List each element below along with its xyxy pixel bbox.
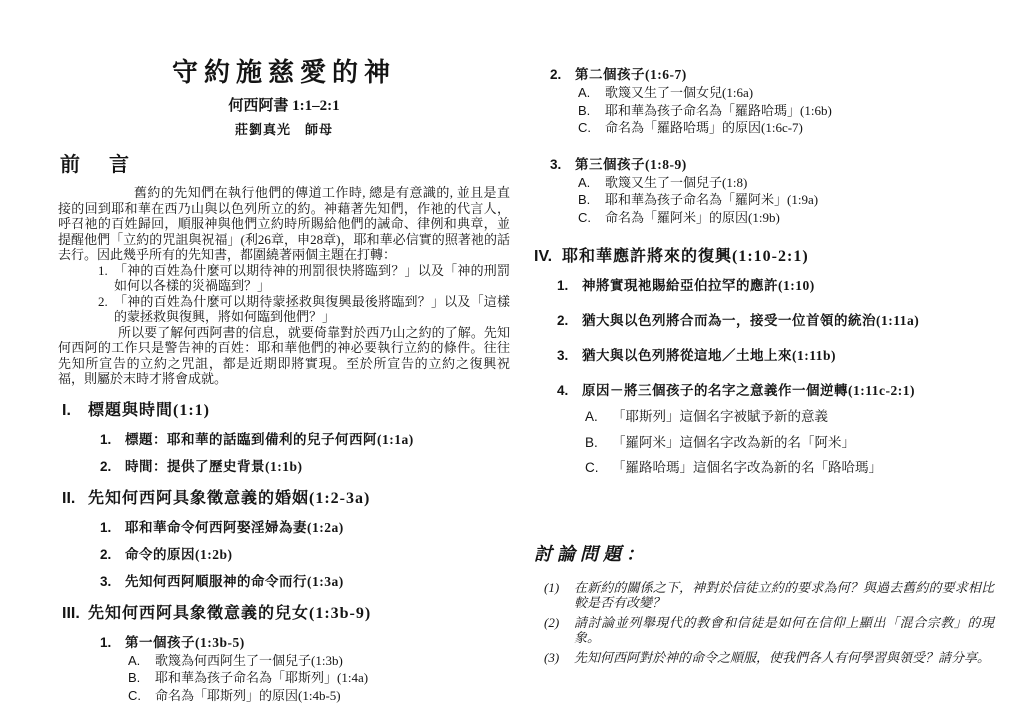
item-number: 4. [557, 382, 582, 399]
outline-section-3: III. 先知何西阿具象徵意義的兒女(1:3b-9) 1. 第一個孩子(1:3b… [58, 604, 510, 704]
author-name: 莊劉真光 師母 [58, 119, 510, 138]
discussion-question: (1) 在新約的關係之下，神對於信徒立約的要求為何？與過去舊約的要求相比較是否有… [544, 580, 994, 611]
question-text: 在新約的關係之下，神對於信徒立約的要求為何？與過去舊約的要求相比較是否有改變？ [574, 580, 994, 611]
outline-item: 1. 標題：耶和華的話臨到備利的兒子何西阿(1:1a) [100, 431, 510, 448]
question-number: (2) [544, 615, 574, 646]
subitem-letter: B. [128, 670, 155, 686]
preface-paragraph-2: 所以要了解何西阿書的信息，就要倚靠對於西乃山之約的了解。先知何西阿的工作只是警告… [58, 325, 510, 387]
subitem-text: 「耶斯列」這個名字被賦予新的意義 [612, 409, 828, 425]
discussion-question: (2) 請討論並列舉現代的教會和信徒是如何在信仰上顯出「混合宗教」的現象。 [544, 615, 994, 646]
item-number: 2. [557, 312, 582, 329]
subitem-text: 歌篾又生了一個女兒(1:6a) [605, 85, 753, 101]
preface-paragraph-1: 舊約的先知們在執行他們的傳道工作時, 總是有意識的, 並且是直接的回到耶和華在西… [58, 185, 510, 263]
subitem-letter: A. [128, 653, 155, 669]
outline-item: 3. 第三個孩子(1:8-9) [550, 156, 994, 173]
subitem-letter: A. [578, 175, 605, 191]
section-number: II. [62, 489, 88, 509]
outline-item: 1. 第一個孩子(1:3b-5) [100, 634, 510, 651]
section-heading: IV. 耶和華應許將來的復興(1:10-2:1) [534, 247, 994, 267]
item-text: 猶大與以色列將合而為一，接受一位首領的統治(1:11a) [582, 312, 919, 329]
subitem-letter: B. [578, 103, 605, 119]
section-number: I. [62, 401, 88, 421]
outline-section-4: IV. 耶和華應許將來的復興(1:10-2:1) 1. 神將實現祂賜給亞伯拉罕的… [534, 247, 994, 476]
outline-item: 2. 猶大與以色列將合而為一，接受一位首領的統治(1:11a) [557, 312, 994, 329]
subitem-letter: C. [578, 120, 605, 136]
item-text: 第三個孩子(1:8-9) [575, 156, 687, 173]
outline-subitem: C. 命名為「羅阿米」的原因(1:9b) [578, 210, 994, 226]
item-number: 3. [100, 573, 125, 590]
page-title: 守約施慈愛的神 [58, 52, 510, 89]
preface-section: 前 言 舊約的先知們在執行他們的傳道工作時, 總是有意識的, 並且是直接的回到耶… [58, 148, 510, 387]
outline-item: 3. 先知何西阿順服神的命令而行(1:3a) [100, 573, 510, 590]
right-column: 2. 第二個孩子(1:6-7) A. 歌篾又生了一個女兒(1:6a) B. 耶和… [534, 60, 994, 665]
outline-subitem: A. 歌篾又生了一個女兒(1:6a) [578, 85, 994, 101]
outline-subitem: B. 耶和華為孩子命名為「羅路哈瑪」(1:6b) [578, 103, 994, 119]
section-heading: I. 標題與時間(1:1) [62, 401, 510, 421]
outline-item: 4. 原因－將三個孩子的名字之意義作一個逆轉(1:11c-2:1) [557, 382, 994, 399]
subitem-letter: A. [578, 85, 605, 101]
subitem-letter: C. [585, 460, 612, 476]
item-text: 時間：提供了歷史背景(1:1b) [125, 458, 303, 475]
subitem-text: 命名為「羅阿米」的原因(1:9b) [605, 210, 780, 226]
item-text: 第一個孩子(1:3b-5) [125, 634, 245, 651]
subitem-letter: B. [585, 435, 612, 451]
outline-subitem: B. 耶和華為孩子命名為「羅阿米」(1:9a) [578, 192, 994, 208]
preface-point-1: 1. 「神的百姓為什麼可以期待神的刑罰很快將臨到？」以及「神的刑罰如何以各樣的災… [98, 263, 510, 294]
outline-item: 2. 命令的原因(1:2b) [100, 546, 510, 563]
discussion-question: (3) 先知何西阿對於神的命令之順服，使我們各人有何學習與領受？請分享。 [544, 650, 994, 666]
discussion-section: 討論問題： (1) 在新約的關係之下，神對於信徒立約的要求為何？與過去舊約的要求… [534, 540, 994, 666]
item-text: 命令的原因(1:2b) [125, 546, 233, 563]
item-text: 第二個孩子(1:6-7) [575, 66, 687, 83]
outline-subitem: C. 命名為「羅路哈瑪」的原因(1:6c-7) [578, 120, 994, 136]
outline-item: 2. 時間：提供了歷史背景(1:1b) [100, 458, 510, 475]
item-text: 原因－將三個孩子的名字之意義作一個逆轉(1:11c-2:1) [582, 382, 915, 399]
outline-subitem: C. 命名為「耶斯列」的原因(1:4b-5) [128, 688, 510, 704]
outline-subitem: A. 歌篾又生了一個兒子(1:8) [578, 175, 994, 191]
section-number: IV. [534, 247, 562, 267]
item-number: 3. [557, 347, 582, 364]
item-text: 猶大與以色列將從這地／土地上來(1:11b) [582, 347, 836, 364]
subitem-letter: C. [128, 688, 155, 704]
section-title: 耶和華應許將來的復興(1:10-2:1) [562, 247, 809, 267]
outline-subitem: A. 「耶斯列」這個名字被賦予新的意義 [585, 409, 994, 425]
item-number: 1. [100, 519, 125, 536]
subitem-letter: A. [585, 409, 612, 425]
section-title: 先知何西阿具象徵意義的兒女(1:3b-9) [88, 604, 371, 624]
question-text: 請討論並列舉現代的教會和信徒是如何在信仰上顯出「混合宗教」的現象。 [574, 615, 994, 646]
subitem-text: 歌篾又生了一個兒子(1:8) [605, 175, 747, 191]
left-column: 守約施慈愛的神 何西阿書 1:1–2:1 莊劉真光 師母 前 言 舊約的先知們在… [58, 52, 510, 703]
section-title: 先知何西阿具象徵意義的婚姻(1:2-3a) [88, 489, 370, 509]
subitem-text: 命名為「羅路哈瑪」的原因(1:6c-7) [605, 120, 803, 136]
item-number: 2. [100, 458, 125, 475]
subitem-text: 命名為「耶斯列」的原因(1:4b-5) [155, 688, 341, 704]
document-header: 守約施慈愛的神 何西阿書 1:1–2:1 莊劉真光 師母 [58, 52, 510, 138]
item-text: 先知何西阿順服神的命令而行(1:3a) [125, 573, 344, 590]
point-number: 2. [98, 294, 114, 325]
outline-section-1: I. 標題與時間(1:1) 1. 標題：耶和華的話臨到備利的兒子何西阿(1:1a… [58, 401, 510, 475]
section-title: 標題與時間(1:1) [88, 401, 210, 421]
item-text: 耶和華命令何西阿娶淫婦為妻(1:2a) [125, 519, 344, 536]
discussion-heading: 討論問題： [534, 540, 994, 566]
subitem-letter: C. [578, 210, 605, 226]
outline-subitem: A. 歌篾為何西阿生了一個兒子(1:3b) [128, 653, 510, 669]
outline-subitem: B. 「羅阿米」這個名字改為新的名「阿米」 [585, 435, 994, 451]
outline-subitem: B. 耶和華為孩子命名為「耶斯列」(1:4a) [128, 670, 510, 686]
section-heading: II. 先知何西阿具象徵意義的婚姻(1:2-3a) [62, 489, 510, 509]
subitem-text: 歌篾為何西阿生了一個兒子(1:3b) [155, 653, 343, 669]
section-heading: III. 先知何西阿具象徵意義的兒女(1:3b-9) [62, 604, 510, 624]
outline-item: 1. 耶和華命令何西阿娶淫婦為妻(1:2a) [100, 519, 510, 536]
item-number: 1. [100, 634, 125, 651]
subitem-text: 「羅阿米」這個名字改為新的名「阿米」 [612, 435, 855, 451]
subitem-letter: B. [578, 192, 605, 208]
outline-item: 1. 神將實現祂賜給亞伯拉罕的應許(1:10) [557, 277, 994, 294]
section-number: III. [62, 604, 88, 624]
subitem-text: 耶和華為孩子命名為「羅路哈瑪」(1:6b) [605, 103, 832, 119]
outline-subitem: C. 「羅路哈瑪」這個名字改為新的名「路哈瑪」 [585, 460, 994, 476]
item-number: 1. [557, 277, 582, 294]
preface-heading: 前 言 [60, 148, 510, 177]
document-page: 守約施慈愛的神 何西阿書 1:1–2:1 莊劉真光 師母 前 言 舊約的先知們在… [0, 0, 1024, 724]
outline-item: 2. 第二個孩子(1:6-7) [550, 66, 994, 83]
subitem-text: 「羅路哈瑪」這個名字改為新的名「路哈瑪」 [612, 460, 882, 476]
item-number: 1. [100, 431, 125, 448]
item-number: 2. [550, 66, 575, 83]
subitem-text: 耶和華為孩子命名為「羅阿米」(1:9a) [605, 192, 818, 208]
point-number: 1. [98, 263, 114, 294]
question-text: 先知何西阿對於神的命令之順服，使我們各人有何學習與領受？請分享。 [574, 650, 994, 666]
question-number: (1) [544, 580, 574, 611]
item-text: 標題：耶和華的話臨到備利的兒子何西阿(1:1a) [125, 431, 414, 448]
question-number: (3) [544, 650, 574, 666]
scripture-reference: 何西阿書 1:1–2:1 [58, 94, 510, 115]
item-number: 3. [550, 156, 575, 173]
subitem-text: 耶和華為孩子命名為「耶斯列」(1:4a) [155, 670, 368, 686]
outline-item: 3. 猶大與以色列將從這地／土地上來(1:11b) [557, 347, 994, 364]
item-number: 2. [100, 546, 125, 563]
point-text: 「神的百姓為什麼可以期待神的刑罰很快將臨到？」以及「神的刑罰如何以各樣的災禍臨到… [114, 263, 510, 294]
point-text: 「神的百姓為什麼可以期待蒙拯救與復興最後將臨到？」以及「這樣的蒙拯救與復興，將如… [114, 294, 510, 325]
preface-point-2: 2. 「神的百姓為什麼可以期待蒙拯救與復興最後將臨到？」以及「這樣的蒙拯救與復興… [98, 294, 510, 325]
item-text: 神將實現祂賜給亞伯拉罕的應許(1:10) [582, 277, 815, 294]
outline-section-2: II. 先知何西阿具象徵意義的婚姻(1:2-3a) 1. 耶和華命令何西阿娶淫婦… [58, 489, 510, 590]
